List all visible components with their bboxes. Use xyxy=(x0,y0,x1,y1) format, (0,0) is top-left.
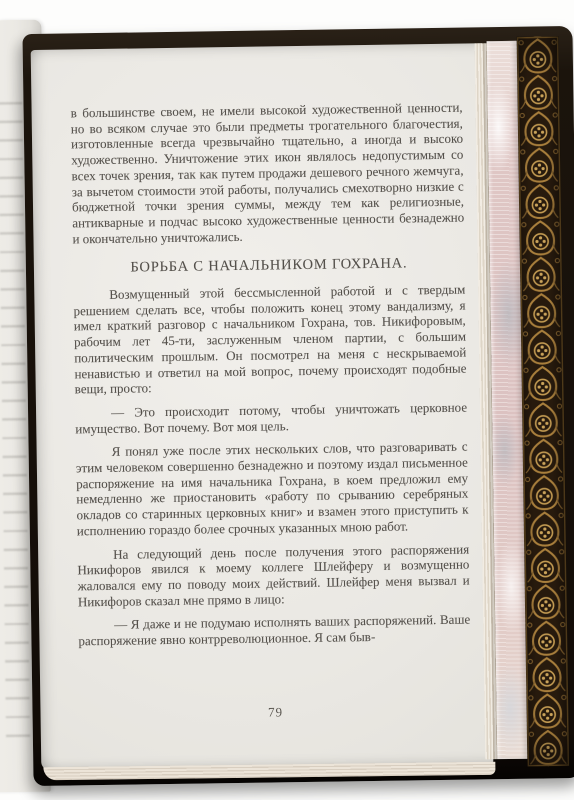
paragraph: Я понял уже после этих нескольких слов, … xyxy=(76,439,469,539)
paragraph: Возмущенный этой бессмысленной работой и… xyxy=(73,282,467,398)
book-photo: в большинстве своем, не имели высокой ху… xyxy=(0,0,574,800)
paragraph: — Я даже и не подумаю исполнять ваших ра… xyxy=(78,612,470,649)
page-number: 79 xyxy=(79,702,471,724)
page-text: в большинстве своем, не имели высокой ху… xyxy=(71,100,471,658)
paragraph: На следующий день после получения этого … xyxy=(77,541,470,610)
paragraph: — Это происходит потому, чтобы уничтожат… xyxy=(75,400,467,437)
book-page: в большинстве своем, не имели высокой ху… xyxy=(31,43,494,770)
book: в большинстве своем, не имели высокой ху… xyxy=(22,26,574,786)
paragraph: в большинстве своем, не имели высокой ху… xyxy=(71,100,465,247)
section-heading: БОРЬБА С НАЧАЛЬНИКОМ ГОХРАНА. xyxy=(73,256,465,278)
